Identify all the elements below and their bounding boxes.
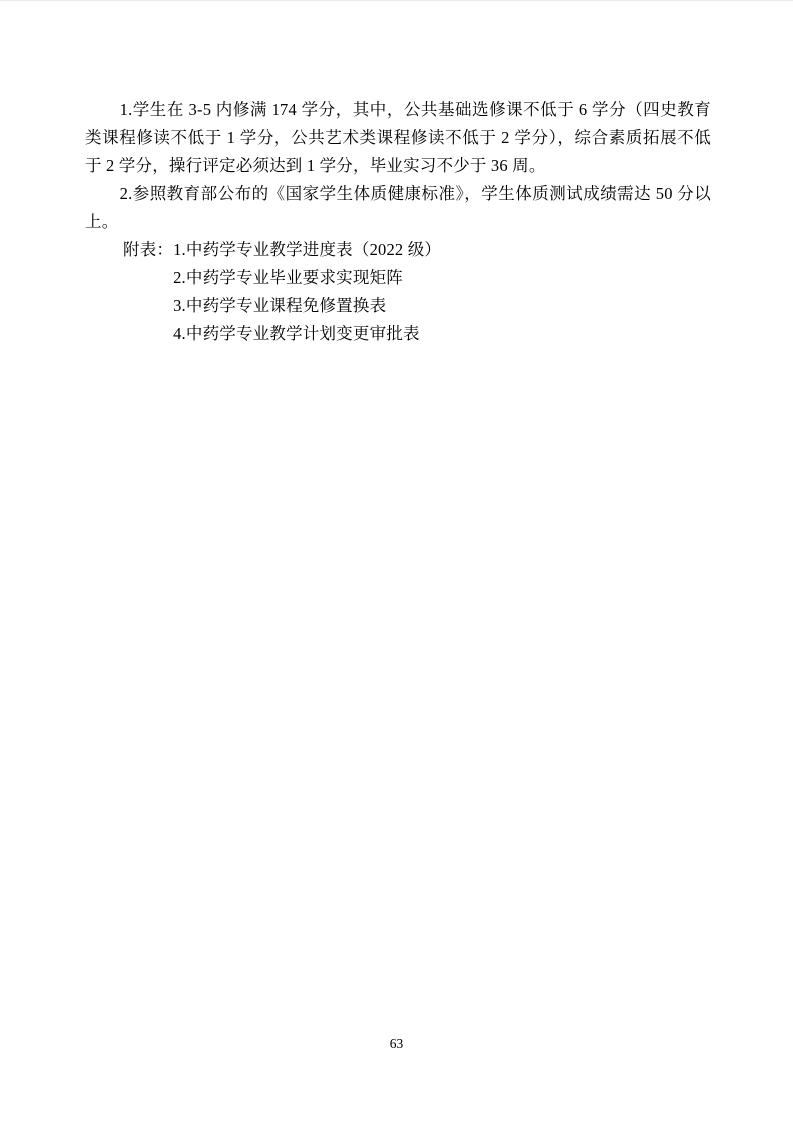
page-number: 63: [0, 1034, 793, 1054]
attachments-section: 附表： 1.中药学专业教学进度表（2022 级） 2.中药学专业毕业要求实现矩阵…: [85, 236, 711, 348]
attachment-item-teaching-schedule: 1.中药学专业教学进度表（2022 级）: [173, 236, 441, 264]
document-body: 1.学生在 3-5 内修满 174 学分，其中，公共基础选修课不低于 6 学分（…: [85, 96, 711, 348]
paragraph-fitness-standard: 2.参照教育部公布的《国家学生体质健康标准》，学生体质测试成绩需达 50 分以上…: [85, 180, 711, 236]
document-page: 1.学生在 3-5 内修满 174 学分，其中，公共基础选修课不低于 6 学分（…: [0, 0, 793, 1122]
paragraph-credit-requirements: 1.学生在 3-5 内修满 174 学分，其中，公共基础选修课不低于 6 学分（…: [85, 96, 711, 180]
attachment-item-course-exemption: 3.中药学专业课程免修置换表: [173, 292, 441, 320]
attachment-item-plan-change-approval: 4.中药学专业教学计划变更审批表: [173, 320, 441, 348]
attachments-label: 附表：: [123, 236, 173, 264]
attachments-list: 1.中药学专业教学进度表（2022 级） 2.中药学专业毕业要求实现矩阵 3.中…: [173, 236, 441, 348]
attachment-item-graduation-matrix: 2.中药学专业毕业要求实现矩阵: [173, 264, 441, 292]
